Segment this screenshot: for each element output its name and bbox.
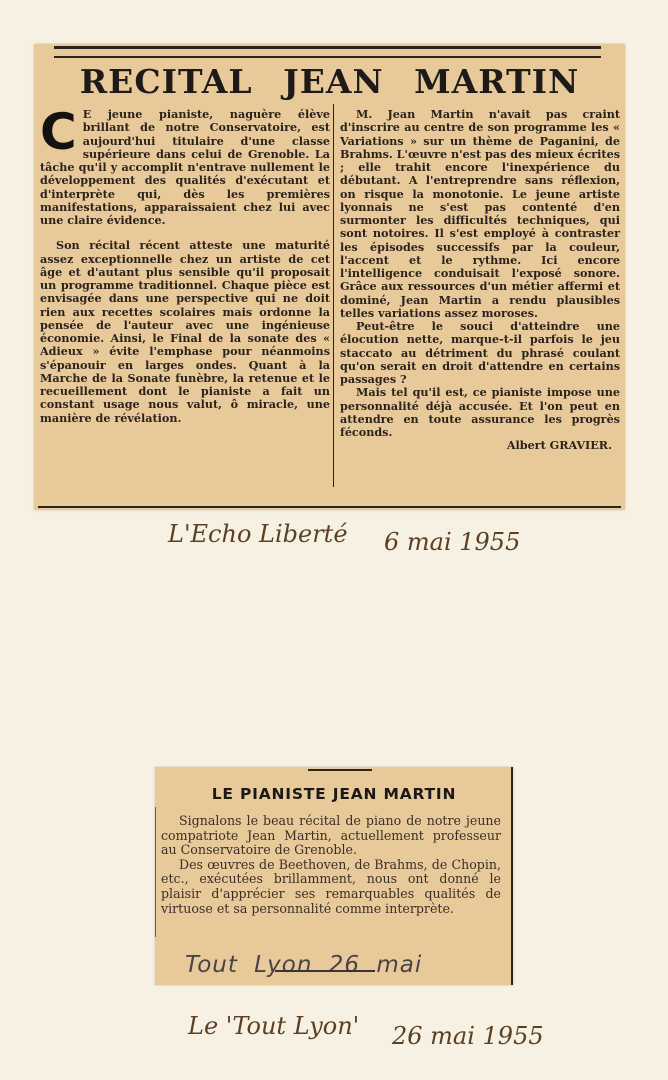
header-rule — [308, 769, 372, 771]
paragraph: Son récital récent atteste une maturité … — [40, 239, 330, 425]
article-column-right: M. Jean Martin n'avait pas craint d'insc… — [340, 108, 620, 453]
paragraph: Peut-être le souci d'atteindre une élocu… — [340, 320, 620, 386]
pencil-note: Tout Lyon 26 mai — [185, 952, 422, 978]
handwritten-date-2: 26 mai 1955 — [392, 1022, 544, 1050]
article-column-left: CE jeune pianiste, naguère élève brillan… — [40, 108, 330, 425]
newspaper-clipping-recital: RECITAL JEAN MARTIN CE jeune pianiste, n… — [34, 44, 625, 510]
paragraph: Mais tel qu'il est, ce pianiste impose u… — [340, 386, 620, 439]
article-headline: RECITAL JEAN MARTIN — [34, 62, 625, 101]
paragraph: Des œuvres de Beethoven, de Brahms, de C… — [161, 858, 501, 916]
column-divider — [333, 104, 334, 487]
clipping-edge — [155, 807, 156, 937]
handwritten-source-1: L'Echo Liberté — [168, 520, 348, 548]
pencil-underline — [275, 970, 375, 972]
paragraph: Signalons le beau récital de piano de no… — [161, 814, 501, 858]
paragraph: CE jeune pianiste, naguère élève brillan… — [40, 108, 330, 227]
paragraph-text: E jeune pianiste, naguère élève brillant… — [40, 107, 330, 227]
footer-rule — [38, 506, 621, 508]
article-headline: LE PIANISTE JEAN MARTIN — [155, 785, 513, 803]
paragraph: M. Jean Martin n'avait pas craint d'insc… — [340, 108, 620, 320]
article-body: Signalons le beau récital de piano de no… — [161, 814, 501, 916]
drop-cap: C — [40, 112, 77, 152]
newspaper-clipping-pianiste: LE PIANISTE JEAN MARTIN Signalons le bea… — [155, 767, 513, 985]
handwritten-date-1: 6 mai 1955 — [384, 528, 520, 556]
author-signature: Albert GRAVIER. — [340, 439, 620, 452]
handwritten-source-2: Le 'Tout Lyon' — [188, 1012, 359, 1040]
header-double-rule — [54, 46, 601, 58]
clipping-edge — [511, 767, 513, 985]
